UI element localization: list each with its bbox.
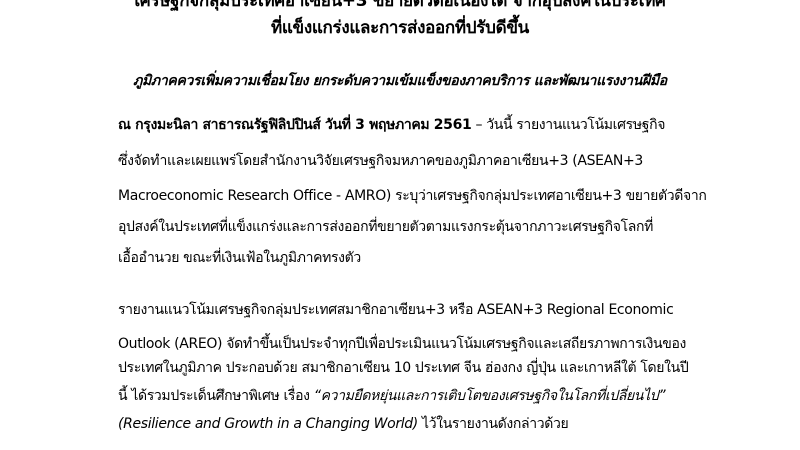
paragraph-2-line-3: ประเทศในภูมิภาค ประกอบด้วย สมาชิกอาเซียน…: [118, 358, 688, 378]
paragraph-1-text: – วันนี้ รายงานแนวโน้มเศรษฐกิจ: [471, 117, 665, 133]
paragraph-2-line-1: รายงานแนวโน้มเศรษฐกิจกลุ่มประเทศสมาชิกอา…: [118, 300, 673, 320]
paragraph-1-line-4: อุปสงค์ในประเทศที่แข็งแกร่งและการส่งออกท…: [118, 217, 653, 237]
headline-line-2: ที่แข็งแกร่งและการส่งออกที่ปรับดีขึ้น: [0, 14, 800, 41]
paragraph-1-line-3: Macroeconomic Research Office - AMRO) ระ…: [118, 186, 707, 206]
paragraph-2-line-5: (Resilience and Growth in a Changing Wor…: [118, 414, 568, 434]
paragraph-2-line-4: นี้ ได้รวมประเด็นศึกษาพิเศษ เรื่อง “ความ…: [118, 386, 665, 406]
paragraph-1-line-1: ณ กรุงมะนิลา สาธารณรัฐฟิลิปปินส์ วันที่ …: [118, 115, 665, 135]
dateline: ณ กรุงมะนิลา สาธารณรัฐฟิลิปปินส์ วันที่ …: [118, 117, 471, 133]
headline-line-1: เศรษฐกิจกลุ่มประเทศอาเซียน+3 ขยายตัวต่อเ…: [0, 0, 800, 14]
paragraph-2-line-2: Outlook (AREO) จัดทำขึ้นเป็นประจำทุกปีเพ…: [118, 334, 686, 354]
document-page: เศรษฐกิจกลุ่มประเทศอาเซียน+3 ขยายตัวต่อเ…: [0, 0, 800, 450]
paragraph-1-line-2: ซึ่งจัดทำและเผยแพร่โดยสำนักงานวิจัยเศรษฐ…: [118, 151, 643, 171]
paragraph-1-line-5: เอื้ออำนวย ขณะที่เงินเฟ้อในภูมิภาคทรงตัว: [118, 248, 361, 268]
special-topic-thai: “ความยืดหยุ่นและการเติบโตของเศรษฐกิจในโล…: [314, 388, 666, 404]
subtitle: ภูมิภาคควรเพิ่มความเชื่อมโยง ยกระดับความ…: [0, 70, 800, 92]
paragraph-2-text-end: ไว้ในรายงานดังกล่าวด้วย: [418, 416, 568, 432]
paragraph-2-text: นี้ ได้รวมประเด็นศึกษาพิเศษ เรื่อง: [118, 388, 314, 404]
special-topic-english: (Resilience and Growth in a Changing Wor…: [118, 416, 418, 432]
